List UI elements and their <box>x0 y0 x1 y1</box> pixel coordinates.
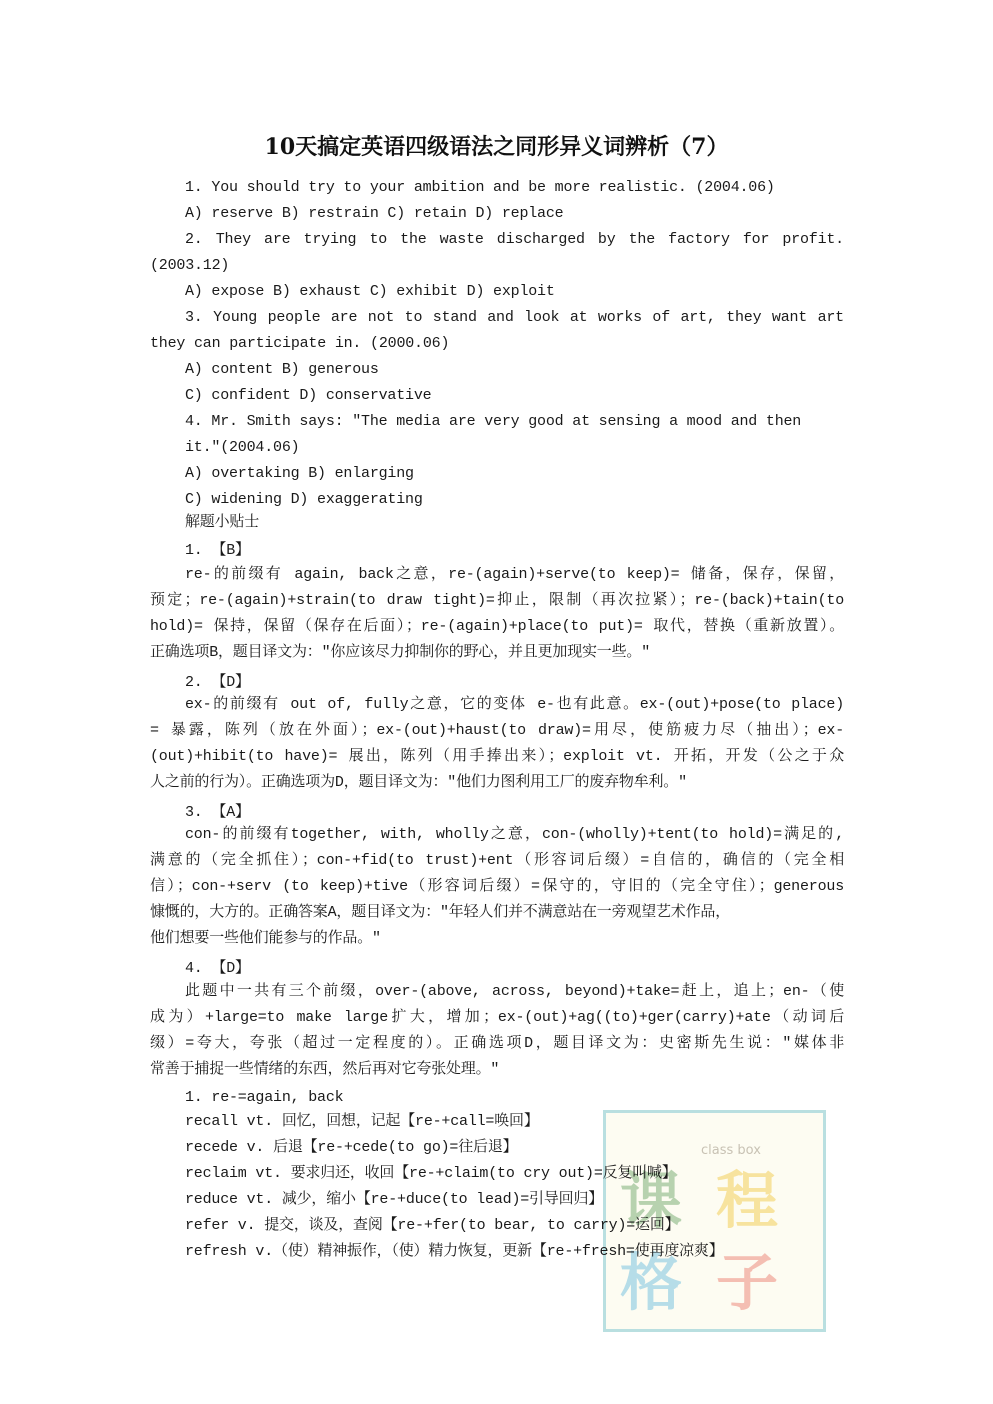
question-options: A) overtaking B) enlarging <box>185 464 844 484</box>
document-page: class box 课 程 格 子 10天搞定英语四级语法之同形异义词辨析（7）… <box>0 0 993 1404</box>
answer-explanation: 人之前的行为）。正确选项为D，题目译文为："他们力图利用工厂的废弃物牟利。" <box>150 773 844 793</box>
question-stem-continued: it."(2004.06) <box>185 438 844 458</box>
prefix-entry: recall vt. 回忆，回想，记起【re-+call=唤回】 <box>185 1112 844 1132</box>
answer-label: 2. 【D】 <box>185 673 844 693</box>
question-stem-continued: (2003.12) <box>150 256 844 276</box>
answer-explanation: re-的前缀有 again, back之意，re-(again)+serve(t… <box>185 565 844 585</box>
question-options: A) content B) generous <box>185 360 844 380</box>
answer-explanation: 成为）+large=to make large扩大，增加；ex-(out)+ag… <box>150 1008 844 1028</box>
tips-heading: 解题小贴士 <box>185 513 844 533</box>
answer-explanation: hold)= 保持，保留（保存在后面）；re-(again)+place(to … <box>150 617 844 637</box>
answer-explanation: 缀）=夸大，夸张（超过一定程度的）。正确选项D，题目译文为：史密斯先生说："媒体… <box>150 1034 844 1054</box>
answer-label: 3. 【A】 <box>185 803 844 823</box>
document-content: 10天搞定英语四级语法之同形异义词辨析（7） 1. You should try… <box>0 0 993 1404</box>
prefix-entry: refer v. 提交，谈及，查阅【re-+fer(to bear, to ca… <box>185 1216 844 1236</box>
prefix-entry: reclaim vt. 要求归还，收回【re-+claim(to cry out… <box>185 1164 844 1184</box>
answer-label: 1. 【B】 <box>185 541 844 561</box>
question-stem: 3. Young people are not to stand and loo… <box>185 308 844 328</box>
answer-explanation: 此题中一共有三个前缀，over-(above, across, beyond)+… <box>185 982 844 1002</box>
answer-explanation: 常善于捕捉一些情绪的东西，然后再对它夸张处理。" <box>150 1060 844 1080</box>
question-options: A) reserve B) restrain C) retain D) repl… <box>185 204 844 224</box>
answer-explanation: = 暴露，陈列（放在外面）；ex-(out)+haust(to draw)=用尽… <box>150 721 844 741</box>
page-title: 10天搞定英语四级语法之同形异义词辨析（7） <box>0 130 993 161</box>
answer-label: 4. 【D】 <box>185 959 844 979</box>
prefix-heading: 1. re-=again, back <box>185 1088 844 1108</box>
answer-explanation: 满意的（完全抓住）；con-+fid(to trust)+ent（形容词后缀）=… <box>150 851 844 871</box>
answer-explanation: 预定；re-(again)+strain(to draw tight)=抑止，限… <box>150 591 844 611</box>
answer-explanation: 慷慨的，大方的。正确答案A，题目译文为："年轻人们并不满意站在一旁观望艺术作品， <box>150 903 844 923</box>
question-stem-continued: they can participate in. (2000.06) <box>150 334 844 354</box>
prefix-entry: reduce vt. 减少，缩小【re-+duce(to lead)=引导回归】 <box>185 1190 844 1210</box>
answer-explanation: 他们想要一些他们能参与的作品。" <box>150 929 844 949</box>
question-stem: 2. They are trying to the waste discharg… <box>185 230 844 250</box>
question-options: C) confident D) conservative <box>185 386 844 406</box>
question-stem: 1. You should try to your ambition and b… <box>185 178 844 198</box>
prefix-entry: recede v. 后退【re-+cede(to go)=往后退】 <box>185 1138 844 1158</box>
prefix-entry: refresh v.（使）精神振作，（使）精力恢复，更新【re-+fresh=使… <box>185 1242 844 1262</box>
answer-explanation: 信）；con-+serv (to keep)+tive（形容词后缀）=保守的，守… <box>150 877 844 897</box>
answer-explanation: ex-的前缀有 out of, fully之意，它的变体 e-也有此意。ex-(… <box>185 695 844 715</box>
question-options: A) expose B) exhaust C) exhibit D) explo… <box>185 282 844 302</box>
answer-explanation: con-的前缀有together, with, wholly之意，con-(wh… <box>185 825 844 845</box>
question-stem: 4. Mr. Smith says: "The media are very g… <box>185 412 844 432</box>
question-options: C) widening D) exaggerating <box>185 490 844 510</box>
answer-explanation: (out)+hibit(to have)= 展出，陈列（用手捧出来）；explo… <box>150 747 844 767</box>
answer-explanation: 正确选项B，题目译文为："你应该尽力抑制你的野心，并且更加现实一些。" <box>150 643 844 663</box>
